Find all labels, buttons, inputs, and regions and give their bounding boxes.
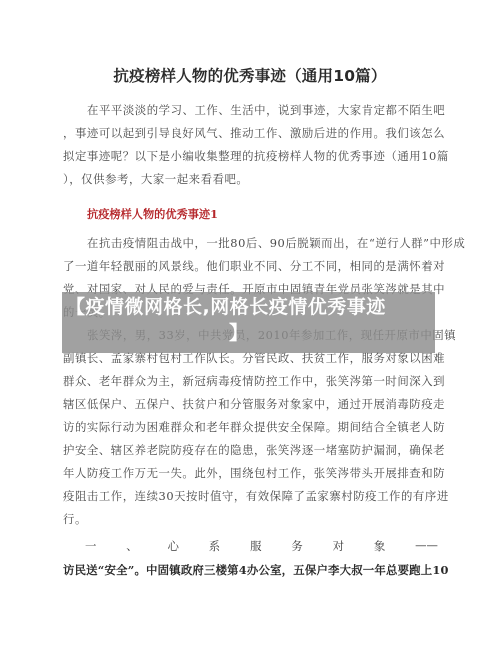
intro-line: ），仅供参考，大家一起来看看吧。 xyxy=(63,171,439,187)
spaced-char: 系 xyxy=(209,538,220,554)
body-line: 访的实际行动为困难群众和老年群众提供安全保障。期间结合全镇老人防 xyxy=(63,419,439,435)
spaced-char: 对 xyxy=(333,538,344,554)
final-line: 访民送“安全”。中固镇政府三楼第4办公室，五保户李大叔一年总要跑上10 xyxy=(63,562,443,578)
body-line: 群众、老年群众为主，新冠病毒疫情防控工作中，张笑涔第一时间深入到 xyxy=(63,373,439,389)
spaced-char: 务 xyxy=(291,538,302,554)
intro-line: ，事迹可以起到引导良好风气、推动工作、激励后进的作用。我们该怎么 xyxy=(63,125,439,141)
body-line: 辖区低保户、五保户、扶贫户和分管服务对象家中，通过开展消毒防疫走 xyxy=(63,396,439,412)
intro-line: 在平平淡淡的学习、工作、生活中，说到事迹，大家肯定都不陌生吧 xyxy=(87,102,439,118)
spaced-char: —— xyxy=(415,538,438,554)
body-line: 行。 xyxy=(63,511,439,527)
spaced-char: 、 xyxy=(126,538,137,554)
spaced-heading: 一 、 心 系 服 务 对 象 —— xyxy=(85,538,438,554)
spaced-char: 象 xyxy=(374,538,385,554)
intro-line: 拟定事迹呢？以下是小编收集整理的抗疫榜样人物的优秀事迹（通用10篇 xyxy=(63,148,439,164)
section-heading: 抗疫榜样人物的优秀事迹1 xyxy=(87,206,218,222)
overlay-title-close: 】 xyxy=(66,320,438,346)
spaced-char: 一 xyxy=(85,538,96,554)
body-line: 护安全、辖区养老院防疫存在的隐患，张笑涔逐一堵塞防护漏洞，确保老 xyxy=(63,442,439,458)
spaced-char: 心 xyxy=(168,538,179,554)
overlay-title: 【疫情微网格长,网格长疫情优秀事迹 】 xyxy=(66,294,438,346)
body-line: 了一道年轻靓丽的风景线。他们职业不同、分工不同，相同的是满怀着对 xyxy=(63,258,439,274)
spaced-char: 服 xyxy=(250,538,261,554)
document-title: 抗疫榜样人物的优秀事迹（通用10篇） xyxy=(0,64,500,86)
document-page: 抗疫榜样人物的优秀事迹（通用10篇） 在平平淡淡的学习、工作、生活中，说到事迹，… xyxy=(0,0,500,647)
body-line: 在抗击疫情阻击战中，一批80后、90后脱颖而出，在“逆行人群”中形成 xyxy=(87,235,439,251)
body-line: 疫阻击工作，连续30天按时值守，有效保障了孟家寨村防疫工作的有序进 xyxy=(63,488,439,504)
overlay-title-main: 【疫情微网格长,网格长疫情优秀事迹 xyxy=(66,296,386,318)
body-line: 年人防疫工作万无一失。此外，围绕包村工作，张笑涔带头开展排查和防 xyxy=(63,465,439,481)
